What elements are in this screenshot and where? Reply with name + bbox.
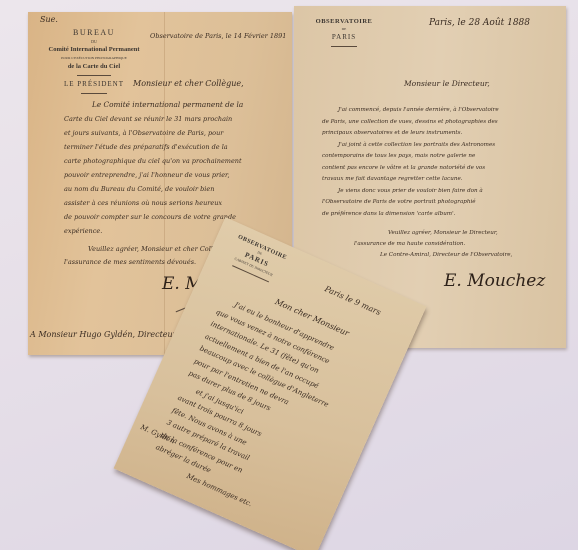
body-line: travaux me fait davantage regretter cett…	[322, 174, 562, 186]
letterhead-line: BUREAU	[34, 28, 154, 37]
dateline: Observatoire de Paris, le 14 Février 189…	[150, 32, 286, 40]
body-line: de préférence dans la dimension 'carte a…	[322, 209, 562, 221]
body-line: au nom du Bureau du Comité, de vouloir b…	[64, 182, 290, 196]
body-line: J'ai commencé, depuis l'année dernière, …	[322, 105, 562, 117]
letterhead: OBSERVATOIRE DE PARIS	[308, 18, 380, 52]
divider	[331, 46, 357, 47]
body-line: contient pas encore le vôtre et la grand…	[322, 163, 562, 175]
corner-note: Sue.	[40, 15, 58, 24]
letter-body: J'ai eu le bonheur d'apprendre que vous …	[147, 293, 397, 543]
divider	[77, 75, 111, 76]
dateline: Paris, le 28 Août 1888	[429, 18, 530, 28]
salutation: Monsieur et cher Collègue,	[133, 79, 244, 88]
signature: E. Mouchez	[444, 271, 545, 291]
dateline: Paris le 9 mars	[323, 284, 382, 317]
letterhead-line: de la Carte du Ciel	[34, 63, 154, 70]
body-line: contemporains de tous les pays, mais not…	[322, 151, 562, 163]
salutation: Monsieur le Directeur,	[404, 79, 490, 88]
closing-line: Le Contre-Amiral, Directeur de l'Observa…	[354, 250, 564, 261]
body-line: Carte du Ciel devant se réunir le 31 mar…	[64, 112, 290, 126]
body-line: Je viens donc vous prier de vouloir bien…	[322, 186, 562, 198]
body-line: carte photographique du ciel qu'on va pr…	[64, 154, 290, 168]
body-line: assister à ces réunions où nous serions …	[64, 196, 290, 210]
body-line: pouvoir entreprendre, j'ai l'honneur de …	[64, 168, 290, 182]
closing: Veuillez agréer, Monsieur le Directeur, …	[354, 228, 564, 261]
body-line: J'ai joint à cette collection les portra…	[322, 140, 562, 152]
divider	[81, 93, 107, 94]
body-line: Le Comité international permanent de la	[92, 98, 292, 112]
letterhead-line: DE	[308, 27, 380, 31]
body-line: l'Observatoire de Paris de votre portrai…	[322, 197, 562, 209]
body-line: et jours suivants, à l'Observatoire de P…	[64, 126, 290, 140]
letterhead-line: DU	[34, 39, 154, 44]
letterhead-line: PARIS	[308, 33, 380, 41]
letterhead-line: Comité International Permanent	[34, 46, 154, 53]
letter-body: J'ai commencé, depuis l'année dernière, …	[322, 105, 562, 220]
body-line: de Paris, une collection de vues, dessin…	[322, 117, 562, 129]
closing-line: Veuillez agréer, Monsieur le Directeur,	[354, 228, 564, 239]
letterhead-line: OBSERVATOIRE	[308, 18, 380, 25]
closing-line: l'assurance de ma haute considération.	[354, 239, 564, 250]
letterhead: BUREAU DU Comité International Permanent…	[34, 28, 154, 99]
body-line: de pouvoir compter sur le concours de vo…	[64, 210, 290, 224]
letterhead-line: POUR L'EXÉCUTION PHOTOGRAPHIQUE	[34, 56, 154, 60]
body-line: principaux observatoires et de leurs ins…	[322, 128, 562, 140]
body-line: terminer l'étude des préparatifs d'exécu…	[64, 140, 290, 154]
